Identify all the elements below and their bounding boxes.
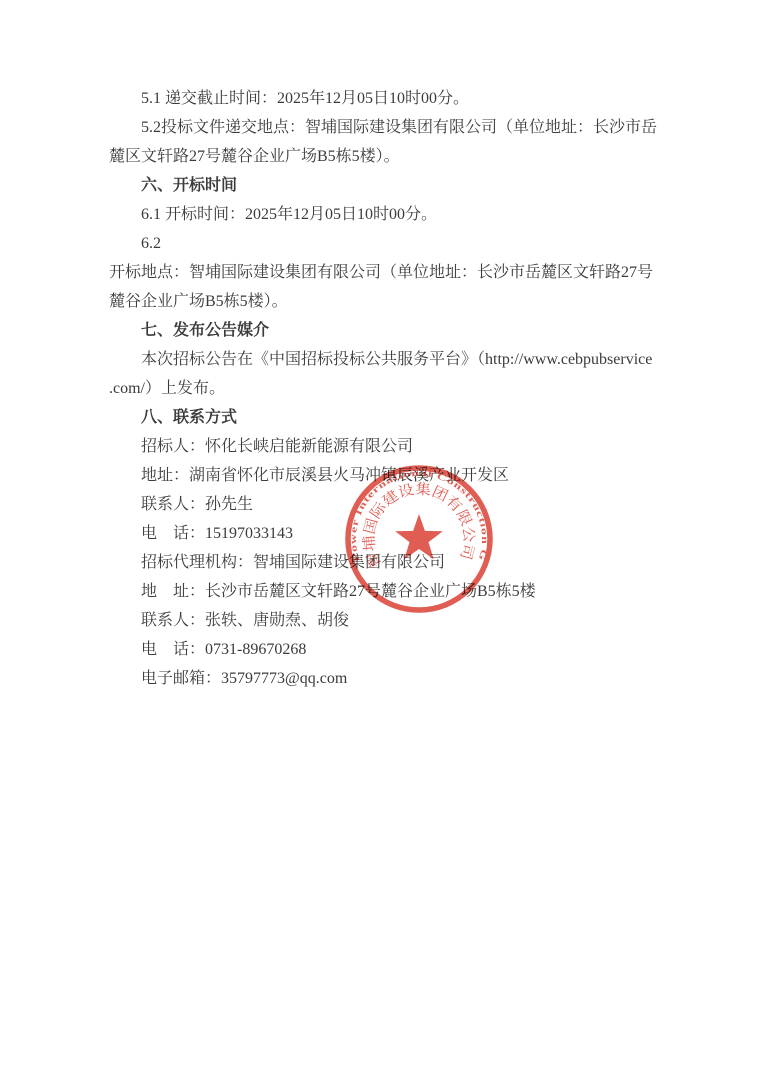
text-line: 麓谷企业广场B5栋5楼）。: [109, 287, 657, 316]
text-line: 地址：湖南省怀化市辰溪县火马冲镇辰溪产业开发区: [109, 461, 657, 490]
text-line: 5.1 递交截止时间：2025年12月05日10时00分。: [109, 84, 657, 113]
text-line: 5.2投标文件递交地点：智埔国际建设集团有限公司（单位地址：长沙市岳: [109, 113, 657, 142]
text-line: 地 址：长沙市岳麓区文轩路27号麓谷企业广场B5栋5楼: [109, 577, 657, 606]
text-line: 电子邮箱：35797773@qq.com: [109, 664, 657, 693]
text-line: 八、联系方式: [109, 403, 657, 432]
text-line: 六、开标时间: [109, 171, 657, 200]
text-line: 电 话：15197033143: [109, 519, 657, 548]
text-line: .com/）上发布。: [109, 374, 657, 403]
text-line: 6.2: [109, 229, 657, 258]
text-line: 开标地点：智埔国际建设集团有限公司（单位地址：长沙市岳麓区文轩路27号: [109, 258, 657, 287]
text-line: 6.1 开标时间：2025年12月05日10时00分。: [109, 200, 657, 229]
text-line: 麓区文轩路27号麓谷企业广场B5栋5楼）。: [109, 142, 657, 171]
text-line: 电 话：0731-89670268: [109, 635, 657, 664]
text-line: 七、发布公告媒介: [109, 316, 657, 345]
text-line: 招标代理机构：智埔国际建设集团有限公司: [109, 548, 657, 577]
text-line: 联系人：张轶、唐勋焘、胡俊: [109, 606, 657, 635]
document-page: 5.1 递交截止时间：2025年12月05日10时00分。5.2投标文件递交地点…: [0, 0, 757, 1075]
text-line: 招标人：怀化长峡启能新能源有限公司: [109, 432, 657, 461]
text-line: 本次招标公告在《中国招标投标公共服务平台》（http://www.cebpubs…: [109, 345, 657, 374]
text-line: 联系人：孙先生: [109, 490, 657, 519]
document-body: 5.1 递交截止时间：2025年12月05日10时00分。5.2投标文件递交地点…: [109, 84, 657, 693]
